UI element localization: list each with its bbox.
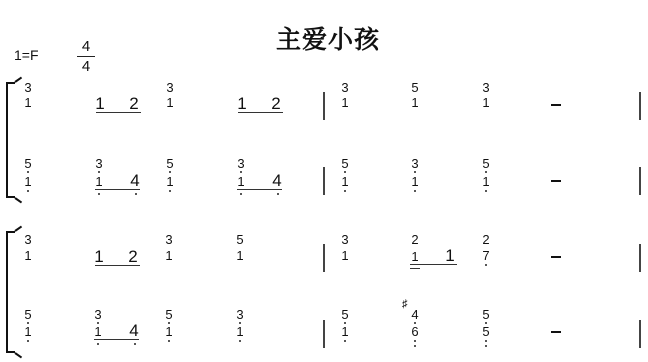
note: 1 xyxy=(339,96,351,110)
note: 1 xyxy=(164,96,176,110)
dot-below xyxy=(344,171,346,173)
barline xyxy=(323,92,325,120)
note: 3 xyxy=(164,81,176,95)
underline-double xyxy=(410,268,420,269)
note: 3 xyxy=(235,157,247,171)
note: 5 xyxy=(339,308,351,322)
dot-below xyxy=(240,171,242,173)
note: 1 xyxy=(92,325,104,339)
dot-below xyxy=(414,345,416,347)
note: 3 xyxy=(339,81,351,95)
note: 5 xyxy=(234,233,246,247)
note: 5 xyxy=(339,157,351,171)
time-sig-top: 4 xyxy=(77,38,95,55)
underline xyxy=(96,112,141,113)
dot-below xyxy=(169,190,171,192)
dot-below xyxy=(414,171,416,173)
time-sig-line xyxy=(77,56,95,57)
dot-below xyxy=(485,190,487,192)
dot-below xyxy=(414,340,416,342)
system-bracket-icon xyxy=(6,231,15,353)
note: 1 xyxy=(22,325,34,339)
note: 1 xyxy=(409,175,421,189)
note: 3 xyxy=(163,233,175,247)
dot-below xyxy=(97,343,99,345)
time-signature: 4 4 xyxy=(77,38,95,75)
note: 1 xyxy=(339,325,351,339)
dot-below xyxy=(485,171,487,173)
note: 1 xyxy=(236,96,248,112)
sharp-icon: ♯ xyxy=(402,298,408,310)
dot-below xyxy=(134,343,136,345)
note: 4 xyxy=(271,173,283,189)
dot-below xyxy=(239,340,241,342)
system-bracket-icon xyxy=(6,82,15,198)
note: 1 xyxy=(22,96,34,110)
note: 3 xyxy=(234,308,246,322)
dot-below xyxy=(344,190,346,192)
underline xyxy=(238,112,283,113)
dot-below xyxy=(168,340,170,342)
note: 1 xyxy=(339,249,351,263)
note: 1 xyxy=(93,249,105,265)
note: 1 xyxy=(339,175,351,189)
dot-below xyxy=(135,193,137,195)
rest-dash xyxy=(551,331,561,333)
rest-dash xyxy=(551,180,561,182)
note: 1 xyxy=(234,325,246,339)
note: 7 xyxy=(480,249,492,263)
barline xyxy=(639,167,641,195)
note: 1 xyxy=(409,96,421,110)
note: 3 xyxy=(93,157,105,171)
note: 4 xyxy=(129,173,141,189)
note: 5 xyxy=(22,308,34,322)
barline xyxy=(639,244,641,272)
note: 5 xyxy=(480,308,492,322)
note: 2 xyxy=(480,233,492,247)
rest-dash xyxy=(551,104,561,106)
note: 1 xyxy=(480,96,492,110)
note: 3 xyxy=(22,81,34,95)
note: 1 xyxy=(235,175,247,189)
dot-below xyxy=(485,345,487,347)
note: 1 xyxy=(163,249,175,263)
note: 1 xyxy=(234,249,246,263)
dot-below xyxy=(485,340,487,342)
note: 1 xyxy=(22,175,34,189)
note: 5 xyxy=(163,308,175,322)
dot-below xyxy=(344,340,346,342)
dot-below xyxy=(27,171,29,173)
note: 5 xyxy=(480,325,492,339)
barline xyxy=(323,320,325,348)
note: 2 xyxy=(128,96,140,112)
note: 1 xyxy=(93,175,105,189)
note: 1 xyxy=(163,325,175,339)
barline xyxy=(639,320,641,348)
note: 2 xyxy=(409,233,421,247)
dot-below xyxy=(27,190,29,192)
note: 2 xyxy=(270,96,282,112)
underline xyxy=(94,339,139,340)
note: 1 xyxy=(444,248,456,264)
note: 1 xyxy=(480,175,492,189)
note: 4 xyxy=(409,308,421,322)
underline xyxy=(237,189,282,190)
note: 5 xyxy=(409,81,421,95)
rest-dash xyxy=(551,256,561,258)
underline xyxy=(410,264,457,265)
barline xyxy=(323,244,325,272)
note: 6 xyxy=(409,325,421,339)
dot-below xyxy=(98,193,100,195)
key-signature: 1=F xyxy=(14,47,39,63)
note: 1 xyxy=(409,250,421,264)
note: 1 xyxy=(94,96,106,112)
note: 1 xyxy=(164,175,176,189)
note: 2 xyxy=(127,249,139,265)
note: 3 xyxy=(22,233,34,247)
note: 5 xyxy=(480,157,492,171)
note: 5 xyxy=(164,157,176,171)
note: 3 xyxy=(409,157,421,171)
barline xyxy=(323,167,325,195)
underline xyxy=(95,265,140,266)
dot-below xyxy=(169,171,171,173)
note: 3 xyxy=(339,233,351,247)
dot-below xyxy=(414,190,416,192)
dot-below xyxy=(277,193,279,195)
time-sig-bottom: 4 xyxy=(77,58,95,75)
dot-below xyxy=(485,264,487,266)
dot-below xyxy=(27,340,29,342)
note: 1 xyxy=(22,249,34,263)
note: 4 xyxy=(128,323,140,339)
song-title: 主爱小孩 xyxy=(0,20,648,56)
barline xyxy=(639,92,641,120)
dot-below xyxy=(240,193,242,195)
note: 3 xyxy=(480,81,492,95)
dot-below xyxy=(98,171,100,173)
underline xyxy=(95,189,140,190)
note: 3 xyxy=(92,308,104,322)
note: 5 xyxy=(22,157,34,171)
